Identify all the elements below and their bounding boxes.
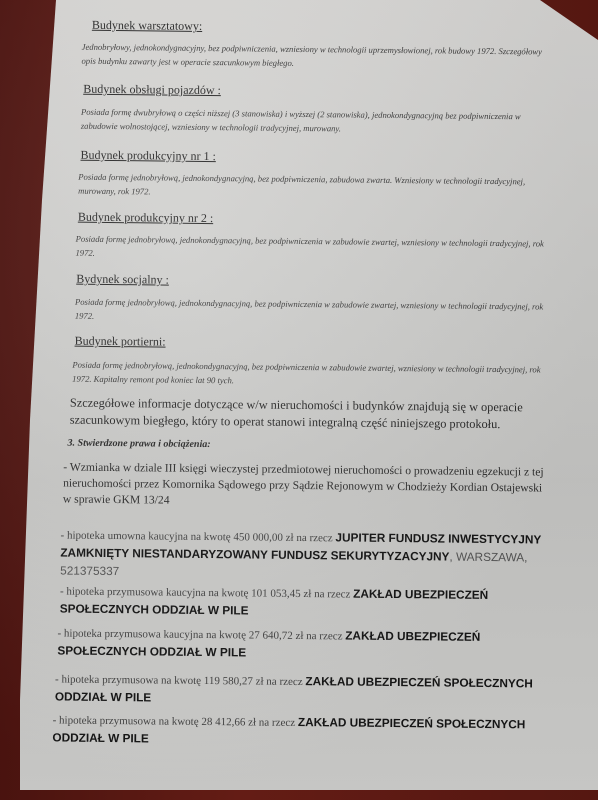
mortgage-entry: - hipoteka przymusowa kaucyjna na kwotę …	[57, 624, 547, 665]
section-body-social: Posiada formę jednobryłową, jednokondygn…	[75, 295, 545, 328]
mortgage-entry: - hipoteka przymusowa na kwotę 119 580,2…	[55, 670, 545, 711]
document-content: Budynek warsztatowy: Jednobryłowy, jedno…	[0, 0, 598, 800]
mortgage-prefix: - hipoteka przymusowa kaucyjna na kwotę …	[60, 585, 353, 600]
enforcement-note: - Wzmianka w dziale III księgi wieczyste…	[63, 460, 548, 513]
section-heading-gatehouse: Budynek portierni:	[75, 334, 166, 350]
section-body-production-1: Posiada formę jednobryłową, jednokondygn…	[78, 170, 548, 203]
section-heading-production-2: Budynek produkcyjny nr 2 :	[78, 210, 213, 226]
section-heading-vehicle-service: Budynek obsługi pojazdów :	[83, 82, 221, 98]
section-body-workshop: Jednobryłowy, jednokondygnacyjny, bez po…	[81, 40, 551, 73]
section-body-production-2: Posiada formę jednobryłową, jednokondygn…	[75, 232, 545, 265]
section-heading-production-1: Budynek produkcyjny nr 1 :	[80, 148, 215, 164]
summary-paragraph: Szczegółowe informacje dotyczące w/w nie…	[70, 395, 540, 434]
section-heading-workshop: Budynek warsztatowy:	[92, 18, 202, 34]
mortgage-entry: - hipoteka przymusowa kaucyjna na kwotę …	[60, 582, 550, 623]
rights-heading: 3. Stwierdzone prawa i obciążenia:	[67, 438, 210, 450]
mortgage-prefix: - hipoteka przymusowa na kwotę 119 580,2…	[55, 673, 305, 688]
mortgage-entry: - hipoteka umowna kaucyjna na kwotę 450 …	[60, 527, 551, 586]
mortgage-prefix: - hipoteka przymusowa kaucyjna na kwotę …	[57, 627, 345, 642]
mortgage-prefix: - hipoteka przymusowa na kwotę 28 412,66…	[53, 714, 298, 729]
section-heading-social: Bydynek socjalny :	[76, 272, 169, 288]
mortgage-entry: - hipoteka przymusowa na kwotę 28 412,66…	[52, 711, 542, 752]
section-body-vehicle-service: Posiada formę dwubryłową o części niższe…	[81, 105, 551, 138]
section-body-gatehouse: Posiada formę jednobryłową, jednokondygn…	[72, 358, 542, 391]
mortgage-prefix: - hipoteka umowna kaucyjna na kwotę 450 …	[61, 530, 336, 545]
